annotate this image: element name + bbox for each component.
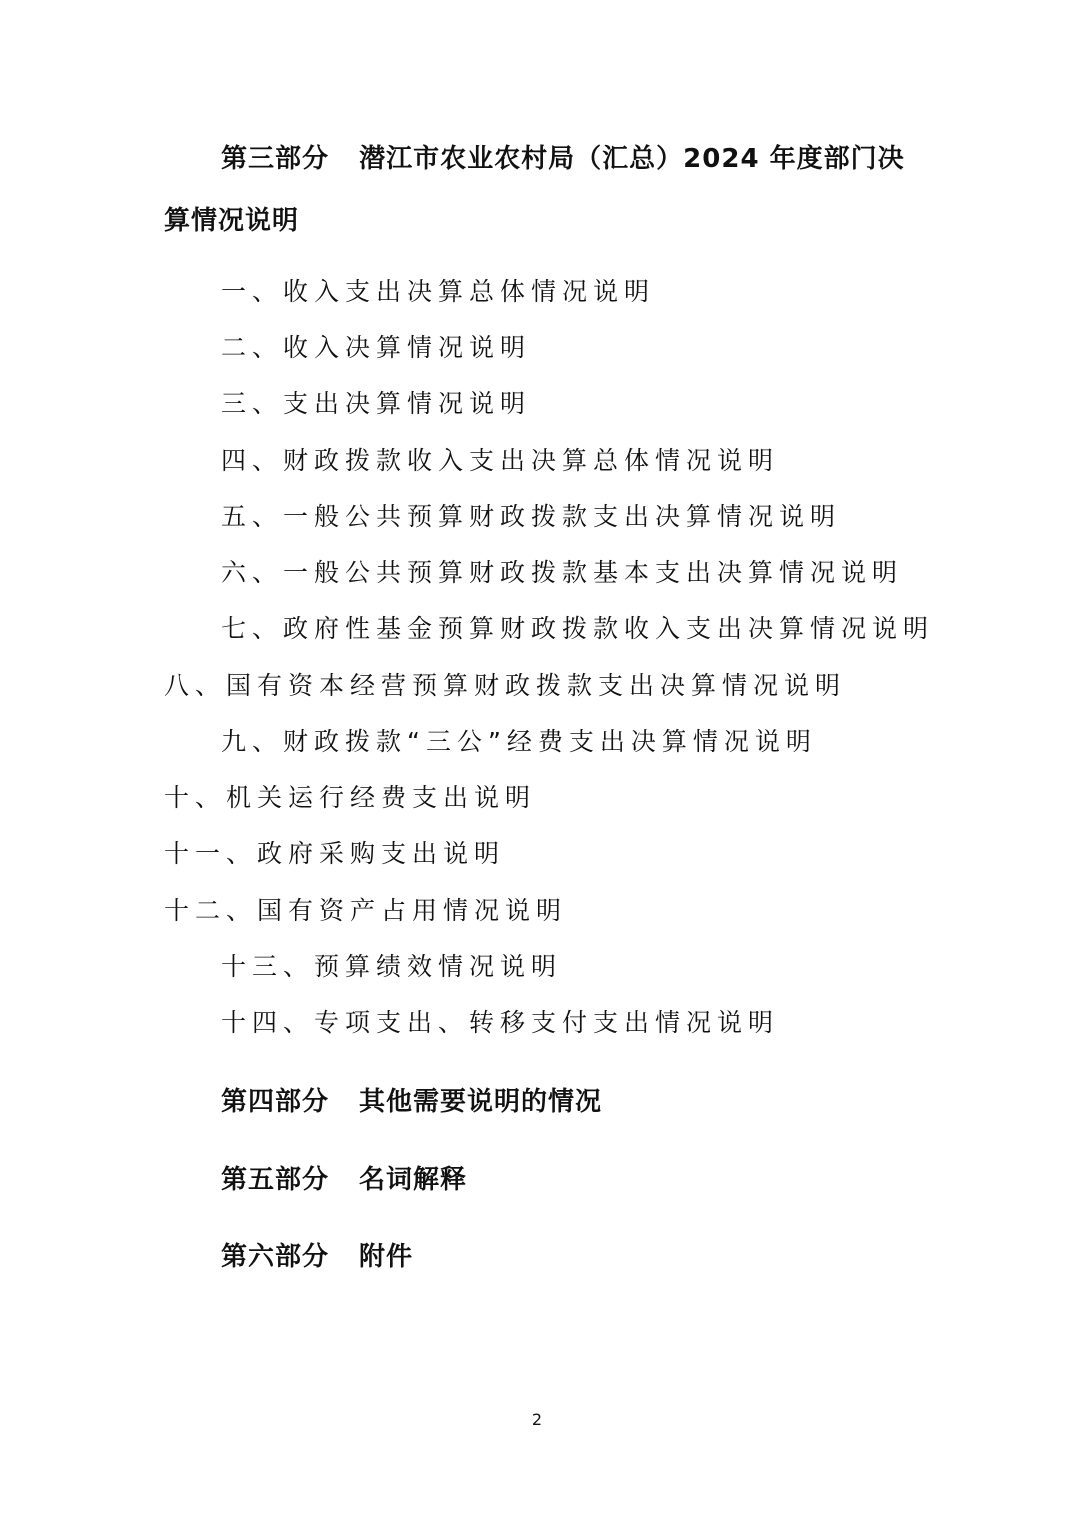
toc-item: 十、机关运行经费支出说明 [164, 781, 536, 815]
part-title: 名词解释 [359, 1165, 467, 1195]
toc-item: 五、一般公共预算财政拨款支出决算情况说明 [221, 500, 841, 534]
toc-item: 十一、政府采购支出说明 [164, 837, 505, 871]
toc-item: 八、国有资本经营预算财政拨款支出决算情况说明 [164, 669, 846, 703]
toc-item: 三、支出决算情况说明 [221, 387, 531, 421]
toc-item: 十三、预算绩效情况说明 [221, 950, 562, 984]
toc-item: 十二、国有资产占用情况说明 [164, 894, 567, 928]
section-part-label: 第三部分 [221, 144, 329, 174]
part-title: 附件 [359, 1242, 413, 1272]
toc-item: 一、收入支出决算总体情况说明 [221, 275, 655, 309]
part-label: 第五部分 [221, 1165, 329, 1195]
toc-item: 七、政府性基金预算财政拨款收入支出决算情况说明 [221, 612, 934, 646]
part-label: 第六部分 [221, 1242, 329, 1272]
toc-item: 六、一般公共预算财政拨款基本支出决算情况说明 [221, 556, 903, 590]
part-label: 第四部分 [221, 1087, 329, 1117]
toc-item: 四、财政拨款收入支出决算总体情况说明 [221, 444, 779, 478]
page-number: 2 [0, 1410, 1074, 1430]
toc-item: 九、财政拨款“三公”经费支出决算情况说明 [221, 725, 817, 759]
part-heading-5: 第五部分名词解释 [221, 1163, 467, 1197]
toc-item: 二、收入决算情况说明 [221, 331, 531, 365]
part-heading-4: 第四部分其他需要说明的情况 [221, 1085, 602, 1119]
part-title: 其他需要说明的情况 [359, 1087, 602, 1117]
section-heading: 第三部分 潜江市农业农村局（汇总）2024 年度部门决算情况说明 [164, 128, 924, 252]
toc-item: 十四、专项支出、转移支付支出情况说明 [221, 1006, 779, 1040]
part-heading-6: 第六部分附件 [221, 1240, 413, 1274]
